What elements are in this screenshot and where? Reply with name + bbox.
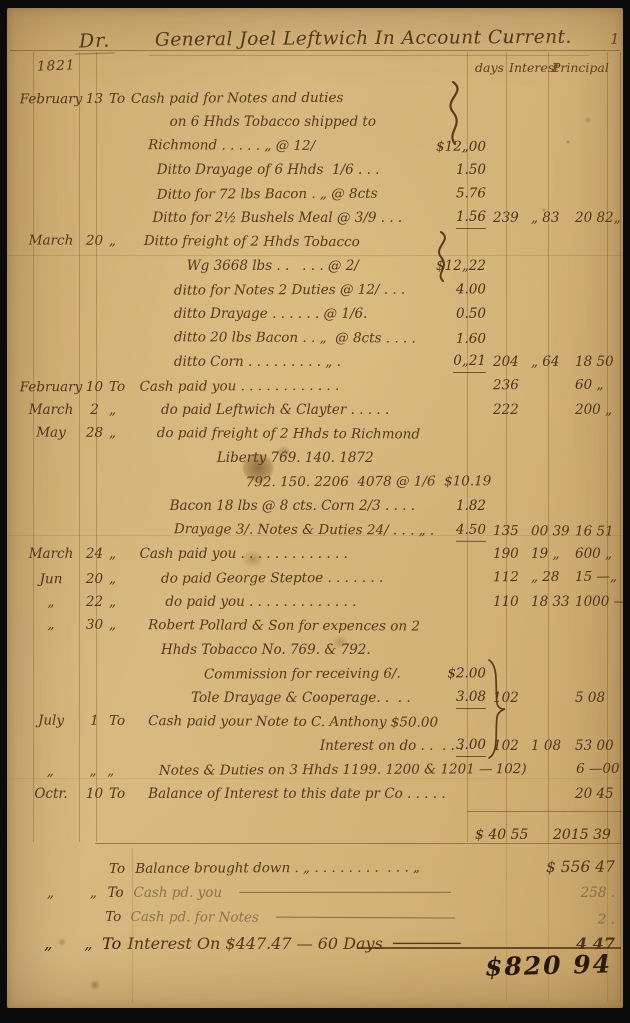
entry-to-mark [104,183,131,207]
entry-month: „ [17,881,84,906]
entry-month: „ [17,931,80,956]
entry-description: Balance of Interest to this date pr Co .… [131,782,490,806]
entry-to-mark [104,494,131,518]
ledger-row: ditto Corn . . . . . . . . . „ .0„21 204… [17,350,623,374]
entry-interest [529,423,571,447]
year-label: 1821 [37,57,76,74]
entry-principal [571,302,623,326]
entry-amount: 4.50 [456,519,486,542]
entry-interest [530,469,572,493]
entry-day: 28 [85,421,104,445]
ledger-row: „ 30 „ Robert Pollard & Son for expences… [17,612,623,639]
entry-description: Cash paid you . . . . . . . . . . . . [131,373,490,399]
entry-interest [529,181,571,205]
entry-interest [492,907,532,932]
entry-interest: 19 „ [529,542,571,566]
entry-description: Commission for receiving 6/.$2.00 [131,661,490,687]
entry-amount: 1.82 [456,494,486,518]
entry-days [490,277,529,301]
entry-to-mark: To [104,87,131,111]
entry-day [85,206,104,230]
entry-principal [571,85,623,109]
entry-amount: 0.50 [456,302,486,326]
entry-principal: $ 556 47 [529,855,623,880]
entry-to-mark [104,686,131,710]
entry-days [490,302,529,326]
entry-description: Cash paid you . . . . . . . . . . . . . [131,542,490,566]
entry-month: February [17,87,85,111]
ledger-rows: February 13 To Cash paid for Notes and d… [17,86,623,806]
ledger-row: To Balance brought down . „ . . . . . . … [17,855,623,883]
entry-interest [529,711,571,735]
entry-month [17,183,85,207]
entry-description-text: on 6 Hhds Tobacco shipped to [131,114,376,130]
entry-days [455,907,493,932]
ledger-row: Ditto for 2½ Bushels Meal @ 3/9 . . .1.5… [17,206,623,230]
entry-day: 10 [85,782,104,806]
entry-amount: 0„21 [453,350,486,373]
entry-principal: 5 08 [571,686,623,710]
entry-description-text: 792. 150. 2206 4078 @ 1/6 $10.19 [130,473,492,491]
ledger-row: Interest on do . . . . .3.00 102 1 08 53… [17,734,623,758]
entry-principal [571,231,623,255]
entry-month [17,158,85,182]
entry-month: „ [17,590,85,614]
entry-month [17,857,85,882]
entry-principal [571,277,623,301]
ledger-row: May 28 „ do paid freight of 2 Hhds to Ri… [17,420,623,447]
ledger-row: „ 22 „ do paid you . . . . . . . . . . .… [17,590,623,614]
entry-day: 1 [85,709,104,733]
ledger-row: on 6 Hhds Tobacco shipped to [17,110,623,134]
entry-interest [531,757,572,781]
ledger-row: Wg 3668 lbs . . . . . @ 2/$12„22 [17,254,623,278]
entry-month: May [17,420,85,444]
entry-amount: 3.00 [456,734,486,757]
entry-to-mark: „ [104,421,131,445]
entry-principal [571,110,623,134]
entry-interest [529,231,571,255]
entry-description: Drayage 3/. Notes & Duties 24/ . . . „ .… [131,517,490,543]
entry-day [82,905,100,930]
entry-days: 102 [490,734,529,758]
entry-day [85,350,104,374]
entry-amount: 1.50 [456,158,486,182]
ledger-row: February 13 To Cash paid for Notes and d… [17,85,623,112]
entry-days [490,446,529,470]
entry-interest [529,446,571,470]
entry-to-mark [103,471,130,495]
entry-interest: „ 83 [529,206,571,230]
entry-description-text: Wg 3668 lbs . . . . . @ 2/ [131,258,359,274]
entry-description-text: Robert Pollard & Son for expences on 2 [131,617,420,635]
entry-description: Ditto for 2½ Bushels Meal @ 3/9 . . .1.5… [131,206,490,230]
entry-days [490,327,529,351]
entry-to-mark [104,638,131,662]
entry-description-text: Ditto freight of 2 Hhds Tobacco [131,233,360,250]
entry-principal [571,638,623,662]
entry-description: Cash pd. you ────────────────────────── [129,881,450,906]
entry-month [17,494,85,518]
entry-principal [571,135,623,159]
entry-month: March [17,398,85,422]
ledger-row: To Cash pd. for Notes ──────────────────… [17,904,623,932]
entry-month: „ [17,759,84,783]
entry-interest [529,302,571,326]
total-principal: 2015 39 [553,823,611,847]
entry-principal [571,446,623,470]
entry-days [490,254,529,278]
entry-interest: 1 08 [529,734,571,758]
entry-month [17,324,85,348]
entry-month [17,110,85,134]
entry-day: 10 [85,375,104,399]
entry-description: Ditto freight of 2 Hhds Tobacco [131,229,490,255]
entry-description-text: Ditto for 72 lbs Bacon . „ @ 8cts [131,186,378,203]
ledger-row: Octr. 10 To Balance of Interest to this … [17,782,623,806]
entry-description: Ditto for 72 lbs Bacon . „ @ 8cts5.76 [131,181,490,207]
entry-description-text: Interest on do . . . . . [131,738,463,754]
entry-to-mark [104,158,131,182]
entry-month: Octr. [17,782,85,806]
entry-day [85,254,104,278]
entry-description-text: Interest On $447.47 — 60 Days ─────── [122,934,460,953]
entry-day: 13 [85,87,104,111]
entry-principal: 16 51 [571,519,623,543]
entry-description: Tole Drayage & Cooperage. . . .3.08 [131,686,490,710]
ledger-row: July 1 To Cash paid your Note to C. Anth… [17,708,623,735]
document-title: General Joel Leftwich In Account Current… [155,26,605,50]
entry-principal [571,158,623,182]
entry-to-mark: To [97,931,122,956]
entry-description: do paid you . . . . . . . . . . . . . [131,590,490,614]
entry-description: Hhds Tobacco No. 769. & 792. [131,638,490,662]
entry-description-text: Tole Drayage & Cooperage. . . . [131,690,411,706]
ledger-row: March 2 „ do paid Leftwich & Clayter . .… [17,398,623,422]
entry-day [85,302,104,326]
entry-days [490,782,529,806]
entry-days [490,231,529,255]
totals-top-rule [467,811,622,812]
entry-interest [529,277,571,301]
ledger-row: Tole Drayage & Cooperage. . . .3.08 102 … [17,686,623,710]
entry-day [85,158,104,182]
entry-description: ditto Drayage . . . . . . @ 1/6.0.50 [131,302,490,326]
entry-description: Balance brought down . „ . . . . . . . .… [131,855,448,881]
entry-day [85,686,104,710]
entry-day [84,471,103,495]
entry-interest [529,615,571,639]
entry-day [85,133,104,157]
entry-month [17,663,85,687]
ledger-row: ditto for Notes 2 Duties @ 12/ . . .4.00 [17,277,623,304]
entry-to-mark: „ [104,542,131,566]
entry-description-text: Ditto Drayage of 6 Hhds 1/6 . . . [131,162,379,178]
ledger-row: Drayage 3/. Notes & Duties 24/ . . . „ .… [17,516,623,543]
entry-description: do paid George Steptoe . . . . . . . [131,565,490,591]
entry-month [17,471,84,495]
entry-month [17,279,85,303]
entry-description-text: Cash pd. you ────────────────────────── [129,885,450,901]
entry-day [85,734,104,758]
ledger-row: Liberty 769. 140. 1872 [17,446,623,470]
entry-day [85,183,104,207]
entry-interest: „ 64 [529,350,571,374]
entry-description: Notes & Duties on 3 Hhds 1199. 1200 & 12… [129,757,493,783]
entry-to-mark [104,446,131,470]
entry-day [85,325,104,349]
entry-month: February [17,375,85,399]
column-header-days: days [475,60,504,75]
entry-days: 110 [490,590,529,614]
entry-days [490,638,529,662]
entry-description-text: Balance brought down . „ . . . . . . . .… [131,860,420,877]
entry-to-mark [104,325,131,349]
dr-label: Dr. [75,29,115,54]
entry-to-mark [104,279,131,303]
entry-description: ditto Corn . . . . . . . . . „ .0„21 [131,350,490,374]
entry-month [17,446,85,470]
entry-to-mark [104,110,131,134]
ledger-row: Commission for receiving 6/.$2.00 [17,661,623,688]
entry-month: July [17,708,85,732]
entry-principal: 20 45 [571,782,623,806]
entry-day [85,517,104,541]
entry-description-text: ditto for Notes 2 Duties @ 12/ . . . [131,282,405,299]
entry-month [17,302,85,326]
entry-description-text: do paid you . . . . . . . . . . . . . [131,594,356,610]
ledger-row: Hhds Tobacco No. 769. & 792. [17,638,623,662]
ledger-row: Jun 20 „ do paid George Steptoe . . . . … [17,565,623,592]
entry-amount: 4.00 [456,277,486,301]
entry-days: 102 [490,686,529,710]
entry-principal: 18 50 [571,350,623,374]
entry-days: 102) [493,757,531,781]
entry-month: March [17,228,85,252]
entry-principal [571,181,623,205]
entry-interest: „ 28 [529,565,571,589]
entry-to-mark [104,133,131,157]
entry-days: 239 [490,206,529,230]
ledger-row: March 20 „ Ditto freight of 2 Hhds Tobac… [17,228,623,255]
entry-day: 30 [85,613,104,637]
entry-to-mark: To [104,375,131,399]
entry-amount: 1.56 [456,206,486,229]
paper-sheet: Dr. General Joel Leftwich In Account Cur… [7,8,623,1008]
ledger-row: ditto Drayage . . . . . . @ 1/6.0.50 [17,302,623,326]
entry-days [448,855,487,880]
entry-to-mark: To [104,857,131,882]
entry-to-mark: „ [102,759,129,783]
ledger-row: Ditto for 72 lbs Bacon . „ @ 8cts5.76 [17,181,623,208]
entry-interest [529,135,571,159]
entry-to-mark [104,663,131,687]
entry-day: 24 [85,542,104,566]
entry-amount: 5.76 [456,181,486,205]
entry-amount: 1.60 [456,327,486,351]
entry-principal [571,711,623,735]
entry-description-text: Cash paid you . . . . . . . . . . . . [131,378,339,395]
entry-day [85,857,104,882]
entry-days [490,158,529,182]
entry-amount: $2.00 [447,661,486,685]
entry-description-text: Cash paid for Notes and duties [131,90,343,107]
entry-description-text: Ditto for 2½ Bushels Meal @ 3/9 . . . [131,210,402,226]
entry-month [17,132,85,156]
entry-days [490,494,529,518]
entry-interest [529,373,571,397]
entry-interest [529,85,571,109]
entry-interest [529,686,571,710]
entry-to-mark: To [104,782,131,806]
entry-month [17,206,85,230]
entry-description: on 6 Hhds Tobacco shipped to [131,110,490,134]
entry-description-text: ditto Corn . . . . . . . . . „ . [131,354,341,370]
entry-days: 135 [490,519,529,543]
entry-days: 236 [490,373,529,397]
entry-amount: $12„22 [436,254,486,278]
entry-month [17,686,85,710]
total-interest: $ 40 55 [475,823,528,847]
entry-day: „ [84,881,103,906]
entry-principal: 258 . [530,881,623,906]
entry-to-mark [104,302,131,326]
entry-days [490,135,529,159]
entry-day: 2 [85,398,104,422]
entry-principal [571,254,623,278]
entry-day [85,279,104,303]
entry-month: March [17,542,85,566]
entry-days: 112 [490,565,529,589]
entry-description: Cash paid for Notes and duties [131,85,490,111]
entry-description: Robert Pollard & Son for expences on 2 [131,613,490,639]
entry-description: Interest On $447.47 — 60 Days ─────── [122,931,460,956]
entry-days [490,423,529,447]
entry-description: do paid freight of 2 Hhds to Richmond [131,421,490,447]
entry-principal: 60 „ [571,373,623,397]
entry-day [85,110,104,134]
entry-principal [571,469,623,493]
entry-principal: 200 „ [571,398,623,422]
entry-description-text: Richmond . . . . . „ @ 12/ [131,137,315,154]
entry-principal: 600 „ [571,542,623,566]
entry-interest [529,782,571,806]
entry-month [17,734,85,758]
entry-interest [529,158,571,182]
entry-description: Bacon 18 lbs @ 8 cts. Corn 2/3 . . . .1.… [131,494,490,518]
entry-day: „ [80,931,98,956]
entry-days: 204 [490,350,529,374]
entry-interest: 00 39 [529,519,571,543]
footer-rows: To Balance brought down . „ . . . . . . … [17,856,623,956]
entry-to-mark [104,206,131,230]
entry-days [490,711,529,735]
entry-principal: 1000 —„ [571,590,623,614]
entry-interest [529,254,571,278]
entry-interest [529,398,571,422]
entry-day: 22 [85,590,104,614]
entry-description-text: Liberty 769. 140. 1872 [131,450,374,466]
page-mark: 1 [610,30,620,48]
entry-description: Cash paid your Note to C. Anthony $50.00 [131,709,490,735]
entry-to-mark: To [104,709,131,733]
entry-description-text: Notes & Duties on 3 Hhds 1199. 1200 & 12… [129,761,493,779]
entry-description: ditto for Notes 2 Duties @ 12/ . . .4.00 [131,277,490,303]
entry-month: Jun [17,567,85,591]
entry-description-text: ditto 20 lbs Bacon . . „ @ 8cts . . . . [131,329,416,346]
entry-description-text: ditto Drayage . . . . . . @ 1/6. [131,306,367,322]
entry-principal: 15 —„ [571,565,623,589]
entry-description-text: Hhds Tobacco No. 769. & 792. [131,642,371,658]
entry-day [85,663,104,687]
entry-description: Cash pd. for Notes ─────────────────────… [126,905,455,932]
entry-month: „ [17,612,85,636]
ledger-row: Richmond . . . . . „ @ 12/$12„00 [17,132,623,159]
entry-principal [571,423,623,447]
entry-to-mark: „ [104,567,131,591]
entry-month [17,350,85,374]
ledger-row: „ „ „ Notes & Duties on 3 Hhds 1199. 120… [17,757,623,784]
entry-day [85,494,104,518]
title-underline [149,55,589,56]
entry-interest [487,855,529,880]
entry-to-mark: To [103,881,130,906]
ledger-row: ditto 20 lbs Bacon . . „ @ 8cts . . . .1… [17,324,623,351]
entry-interest [529,494,571,518]
entry-description: Interest on do . . . . .3.00 [131,734,490,758]
entry-interest [529,638,571,662]
entry-principal: 20 82„ [571,206,623,230]
entry-to-mark: „ [104,590,131,614]
entry-interest: 18 33 [529,590,571,614]
entry-description: Liberty 769. 140. 1872 [131,446,490,470]
entry-description-text: Drayage 3/. Notes & Duties 24/ . . . „ . [131,521,434,539]
entry-principal [571,327,623,351]
entry-principal [571,615,623,639]
entry-description: ditto 20 lbs Bacon . . „ @ 8cts . . . .1… [131,325,490,351]
entry-interest [529,327,571,351]
entry-to-mark [104,734,131,758]
entry-month [17,516,85,540]
entry-description-text: do paid Leftwich & Clayter . . . . . [131,402,389,418]
entry-days: 222 [490,398,529,422]
entry-description-text: do paid freight of 2 Hhds to Richmond [131,425,420,443]
entry-days [490,110,529,134]
entry-principal [571,494,623,518]
entry-interest [529,110,571,134]
entry-amount: 3.08 [456,686,486,709]
entry-principal [571,661,623,685]
entry-interest [489,881,530,906]
entry-day: „ [84,759,103,783]
entry-description-text: Cash paid you . . . . . . . . . . . . . [131,546,348,562]
entry-description: Ditto Drayage of 6 Hhds 1/6 . . .1.50 [131,158,490,182]
entry-description: Richmond . . . . . „ @ 12/$12„00 [131,133,490,159]
entry-to-mark: To [100,905,126,930]
ledger-row: 792. 150. 2206 4078 @ 1/6 $10.19 [17,469,623,496]
entry-principal: 53 00 [571,734,623,758]
entry-principal: 2 . [532,907,623,933]
entry-days [490,85,529,109]
entry-to-mark: „ [104,613,131,637]
ledger-row: Ditto Drayage of 6 Hhds 1/6 . . .1.50 [17,158,623,182]
ledger-row: February 10 To Cash paid you . . . . . .… [17,373,623,400]
entry-day [85,638,104,662]
entry-days [490,661,529,685]
entry-month [17,904,82,929]
entry-description-text: Bacon 18 lbs @ 8 cts. Corn 2/3 . . . . [131,498,415,514]
entry-days [490,615,529,639]
